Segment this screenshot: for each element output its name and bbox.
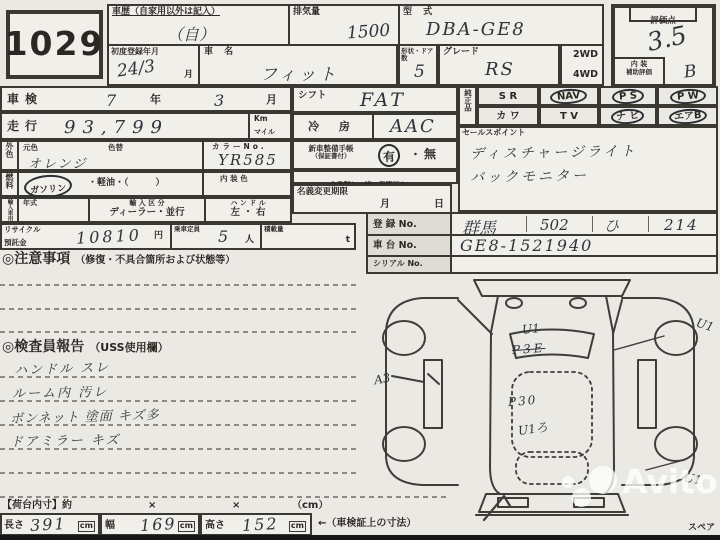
lot-number-box: 1029 (6, 10, 103, 79)
reg-kana: ひ (604, 215, 619, 236)
fuel-gasoline-circled: ガソリン (23, 173, 73, 199)
serial-label: シリアル No. (373, 260, 423, 269)
recycle-label-2: 預託金 (4, 239, 27, 247)
mark-left-side: A3 (373, 371, 391, 388)
load-unit: t (346, 236, 350, 246)
bed-label: 【荷台内寸】約 (2, 500, 72, 511)
watermark-dot-large (589, 466, 617, 494)
color-row: 外色 元色 オレンジ 色替 カラーNo. YR585 (0, 140, 292, 171)
lot-number: 1029 (5, 26, 105, 62)
shaken-year: 7 (106, 91, 116, 110)
watermark-text: Avito (622, 462, 718, 501)
equip-sr: S R (499, 91, 517, 102)
equip-pw-circled: P W (669, 87, 706, 104)
car-name-value: フィット (260, 60, 339, 85)
reg-class: 502 (540, 216, 569, 234)
first-registration-label: 初度登録年月 (111, 48, 159, 57)
ac-label: 冷 房 (308, 120, 358, 133)
doors-value: 5 (414, 62, 425, 82)
transfer-box: 名義変更期限 月 日 (292, 184, 452, 214)
bed-cm: （cm） (292, 500, 328, 511)
color-no-label: カラーNo. (212, 143, 267, 151)
mileage-unit-mile: マイル (254, 129, 275, 137)
transfer-day: 日 (434, 199, 444, 210)
capacity-label: 乗車定員 (174, 226, 200, 233)
shift-cell: シフト FAT (292, 86, 458, 113)
equip-navi-circled: ナ ビ (611, 107, 645, 124)
first-registration-cell: 初度登録年月 24/3 月 (107, 44, 200, 86)
drive-2wd: 2WD (573, 50, 598, 60)
left-mark-pointer (392, 376, 424, 382)
right-unfold-line (613, 300, 622, 334)
pivot-left (506, 298, 522, 308)
first-registration-unit: 月 (184, 71, 193, 81)
interior-color-label: 内 装 色 (220, 175, 248, 183)
booklet-yes-circled: 有 (377, 143, 401, 167)
inspector-header: ◎検査員報告 （USS使用欄） (2, 336, 169, 355)
recycle-label-1: リサイクル (4, 226, 40, 234)
booklet-note-strip: ※書類と一緒に保管下さい。 (292, 170, 458, 184)
displacement-value: 1500 (346, 21, 391, 44)
shaken-month: 3 (214, 91, 224, 110)
displacement-label: 排気量 (293, 8, 320, 18)
equip-airbag-circled: エアB (668, 107, 707, 125)
height-label: 高さ (205, 520, 225, 531)
genuine-parts-cell: 純正品 (458, 86, 477, 126)
booklet-sep: ・ (410, 149, 421, 161)
history-label: 車歴（自家用以外は記入） (112, 8, 220, 18)
auction-sheet: 1029 車歴（自家用以外は記入） （自） 排気量 1500 型 式 DBA-G… (0, 0, 720, 540)
score-box: 評価点 3.5 内 装 補助評価 B (611, 4, 716, 88)
height-value: 152 (242, 514, 279, 535)
equip-tv: T V (560, 111, 578, 122)
history-value: （自） (167, 22, 215, 45)
model-year-label: 年式 (23, 200, 37, 208)
grade-label: グレード (443, 48, 479, 58)
height-unit: cm (289, 521, 306, 532)
left-door-tick (428, 374, 439, 384)
length-label: 長さ (4, 520, 24, 531)
mileage-label: 走行 (7, 120, 43, 133)
doors-label: 形状・ドア数 (401, 48, 435, 62)
interior-grade-label-2: 補助評価 (615, 69, 663, 76)
ext-color-label: 外色 (5, 142, 14, 158)
mark-roof-top: P30 (507, 393, 537, 410)
repaint-label: 色替 (108, 144, 123, 152)
sales-points-box: セールスポイント ディスチャージライト バックモニター (458, 126, 718, 212)
inspector-subtitle: （USS使用欄） (89, 341, 168, 354)
bed-dimension-line: 【荷台内寸】約 × × （cm） (0, 499, 450, 513)
car-name-label: 車 名 (204, 48, 237, 58)
shaken-label: 車検 (7, 93, 43, 106)
caution-header: ◎注意事項 （修復・不具合箇所および状態等） (2, 248, 235, 267)
equipment-grid: S R NAV P S P W カ ワ T V ナ ビ エアB (477, 86, 718, 126)
right-side-outline (622, 298, 694, 485)
width-label: 幅 (105, 520, 115, 531)
right-wheel-rear (655, 427, 697, 461)
inspector-note-3: ボンネット 塗面 キズ多 (10, 404, 160, 427)
length-value: 391 (30, 514, 67, 535)
import-class-value: ディーラー・並行 (90, 208, 204, 218)
inspector-note-4: ドアミラー キズ (10, 429, 121, 450)
caution-title: ◎注意事項 (2, 251, 70, 267)
chassis-value: GE8-1521940 (460, 236, 593, 255)
fuel-others: ・軽油・（ ） (88, 179, 165, 189)
capacity-value: 5 (218, 227, 228, 246)
inspector-title: ◎検査員報告 (2, 339, 84, 355)
reg-number: 214 (664, 216, 699, 234)
color-no-value: YR585 (218, 151, 278, 169)
fuel-row: 燃料 ガソリン ・軽油・（ ） 内 装 色 (0, 171, 292, 197)
interior-grade-value: B (682, 61, 697, 82)
displacement-cell: 排気量 1500 (288, 4, 400, 46)
car-name-cell: 車 名 フィット (198, 44, 398, 86)
transfer-label: 名義変更期限 (297, 188, 348, 197)
width-value: 169 (140, 514, 177, 535)
recycle-row: リサイクル 預託金 10810 円 乗車定員 5 人 積載量 t (0, 223, 356, 250)
chassis-label: 車 台 No. (373, 241, 417, 251)
roof-dotted (512, 372, 592, 457)
right-wheel-front (655, 321, 697, 355)
booklet-cell: 新車整備手帳 （保証書付） 有 ・ 無 (292, 140, 458, 170)
left-unfold-line (458, 300, 492, 334)
recycle-unit: 円 (154, 232, 163, 242)
load-label: 積載量 (264, 226, 284, 233)
shaken-row: 車検 7 年 3 月 (0, 86, 292, 112)
fuel-label: 燃料 (5, 173, 14, 189)
mileage-row: 走行 93,799 Km マイル (0, 112, 292, 140)
height-cell: 高さ 152 cm (200, 513, 312, 536)
right-door-panel (638, 360, 656, 428)
reg-no-label: 登 録 No. (373, 220, 417, 230)
import-section-label: 輸入車用 (7, 199, 13, 221)
shaken-month-unit: 月 (266, 94, 277, 106)
equip-leather: カ ワ (496, 111, 519, 122)
width-cell: 幅 169 cm (100, 513, 200, 536)
equip-ps-circled: P S (612, 87, 645, 104)
mark-hood-top: U1 (521, 321, 540, 336)
drive-4wd: 4WD (573, 70, 598, 80)
import-row: 輸入車用 年式 輸 入 区 分 ディーラー・並行 ハ ン ド ル 左 ・ 右 (0, 197, 292, 223)
shift-label: シフト (298, 91, 327, 101)
inspector-note-1: ハンドル スレ (14, 356, 111, 378)
drive-cell: 2WD 4WD (560, 44, 604, 86)
recycle-value: 10810 (76, 225, 143, 247)
grade-value: RS (485, 59, 515, 80)
length-unit: cm (78, 521, 95, 532)
model-code-label: 型 式 (403, 8, 436, 18)
caution-subtitle: （修復・不具合箇所および状態等） (75, 255, 235, 266)
model-code-value: DBA-GE8 (426, 19, 526, 40)
genuine-parts-label: 純正品 (464, 89, 472, 112)
length-cell: 長さ 391 cm (0, 513, 100, 536)
dimension-note: ←（車検証上の寸法） (318, 518, 416, 529)
booklet-label-2: （保証書付） (294, 153, 368, 160)
bed-x2: × (232, 500, 240, 511)
bed-x1: × (148, 500, 156, 511)
left-side-outline (386, 298, 458, 485)
mileage-value: 93,799 (64, 117, 169, 138)
shaken-year-unit: 年 (150, 94, 161, 106)
left-door-panel (424, 360, 442, 428)
first-registration-value: 24/3 (116, 56, 157, 81)
inspector-note-2: ルーム内 汚レ (12, 381, 108, 402)
left-wheel-rear (383, 427, 425, 461)
pivot-right (570, 298, 586, 308)
steering-value: 左 ・ 右 (206, 208, 290, 218)
doors-cell: 形状・ドア数 5 (398, 44, 438, 86)
orig-color-value: オレンジ (28, 153, 87, 172)
registration-table: 登 録 No. 群馬 502 ひ 214 車 台 No. GE8-1521940… (366, 212, 718, 274)
sales-point-line-2: バックモニター (470, 165, 589, 187)
mileage-unit-km: Km (254, 115, 268, 123)
watermark: Avito (558, 460, 720, 528)
left-wheel-front (383, 321, 425, 355)
history-cell: 車歴（自家用以外は記入） （自） (107, 4, 290, 46)
sales-point-line-1: ディスチャージライト (470, 141, 638, 164)
equip-nav-circled: NAV (550, 87, 588, 105)
shift-value: FAT (360, 89, 406, 111)
model-code-cell: 型 式 DBA-GE8 (398, 4, 604, 46)
orig-color-label: 元色 (23, 144, 38, 152)
transfer-month: 月 (380, 199, 390, 210)
width-unit: cm (178, 521, 195, 532)
grade-cell: グレード RS (438, 44, 560, 86)
booklet-no: 無 (424, 148, 436, 161)
capacity-unit: 人 (245, 236, 254, 246)
watermark-dot-medium (572, 488, 591, 507)
mileage-unit-box: Km マイル (248, 114, 290, 138)
rear-spoiler (474, 280, 630, 296)
watermark-dot-small (562, 476, 574, 488)
ac-cell: 冷 房 AAC (292, 113, 458, 140)
bottom-scan-bar (0, 535, 720, 540)
sales-points-label: セールスポイント (462, 129, 525, 138)
ac-value: AAC (390, 116, 436, 137)
mark-hood-bottom: P3E (512, 341, 546, 357)
